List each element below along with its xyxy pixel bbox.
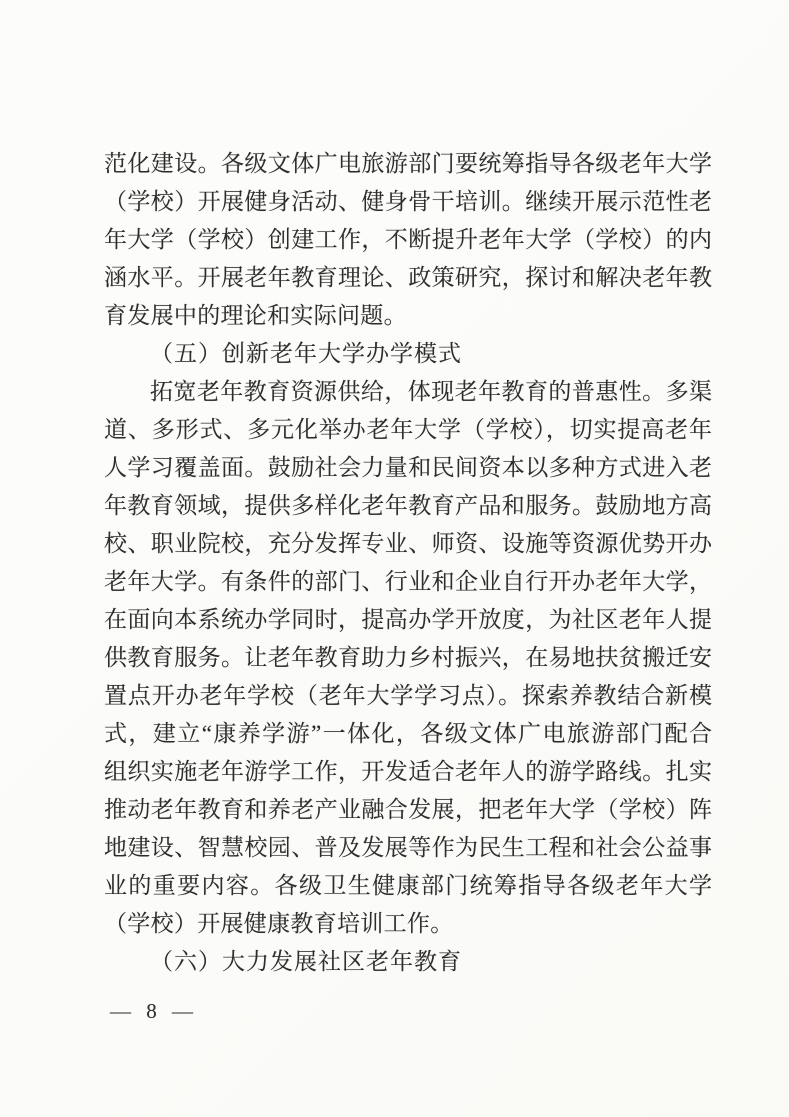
text-line: 育发展中的理论和实际问题。 bbox=[104, 297, 712, 335]
text-line: 置点开办老年学校（老年大学学习点）。探索养教结合新模 bbox=[104, 677, 712, 715]
text-line: 道、多形式、多元化举办老年大学（学校），切实提高老年 bbox=[104, 411, 712, 449]
text-line: 人学习覆盖面。鼓励社会力量和民间资本以多种方式进入老 bbox=[104, 449, 712, 487]
section-heading: （五）创新老年大学办学模式 bbox=[104, 335, 712, 373]
text-line: （学校）开展健康教育培训工作。 bbox=[104, 905, 712, 943]
text-line: 年大学（学校）创建工作，不断提升老年大学（学校）的内 bbox=[104, 221, 712, 259]
text-line: 涵水平。开展老年教育理论、政策研究，探讨和解决老年教 bbox=[104, 259, 712, 297]
text-line: 地建设、智慧校园、普及发展等作为民生工程和社会公益事 bbox=[104, 829, 712, 867]
text-line: 式，建立“康养学游”一体化，各级文体广电旅游部门配合 bbox=[104, 715, 712, 753]
text-line: （六）大力发展社区老年教育 bbox=[104, 943, 712, 981]
text-line: 业的重要内容。各级卫生健康部门统筹指导各级老年大学 bbox=[104, 867, 712, 905]
page-number: — 8 — bbox=[110, 996, 198, 1026]
text-line: 组织实施老年游学工作，开发适合老年人的游学路线。扎实 bbox=[104, 753, 712, 791]
document-page: 范化建设。各级文体广电旅游部门要统筹指导各级老年大学（学校）开展健身活动、健身骨… bbox=[0, 0, 789, 1117]
document-body: 范化建设。各级文体广电旅游部门要统筹指导各级老年大学（学校）开展健身活动、健身骨… bbox=[104, 145, 712, 981]
text-line: （五）创新老年大学办学模式 bbox=[104, 335, 712, 373]
paragraph: 拓宽老年教育资源供给，体现老年教育的普惠性。多渠道、多形式、多元化举办老年大学（… bbox=[104, 373, 712, 943]
paragraph: 范化建设。各级文体广电旅游部门要统筹指导各级老年大学（学校）开展健身活动、健身骨… bbox=[104, 145, 712, 335]
section-heading: （六）大力发展社区老年教育 bbox=[104, 943, 712, 981]
text-line: 年教育领域，提供多样化老年教育产品和服务。鼓励地方高 bbox=[104, 487, 712, 525]
text-line: 老年大学。有条件的部门、行业和企业自行开办老年大学， bbox=[104, 563, 712, 601]
text-line: 推动老年教育和养老产业融合发展，把老年大学（学校）阵 bbox=[104, 791, 712, 829]
text-line: （学校）开展健身活动、健身骨干培训。继续开展示范性老 bbox=[104, 183, 712, 221]
text-line: 校、职业院校，充分发挥专业、师资、设施等资源优势开办 bbox=[104, 525, 712, 563]
text-line: 拓宽老年教育资源供给，体现老年教育的普惠性。多渠 bbox=[104, 373, 712, 411]
text-line: 在面向本系统办学同时，提高办学开放度，为社区老年人提 bbox=[104, 601, 712, 639]
text-line: 供教育服务。让老年教育助力乡村振兴，在易地扶贫搬迁安 bbox=[104, 639, 712, 677]
text-line: 范化建设。各级文体广电旅游部门要统筹指导各级老年大学 bbox=[104, 145, 712, 183]
